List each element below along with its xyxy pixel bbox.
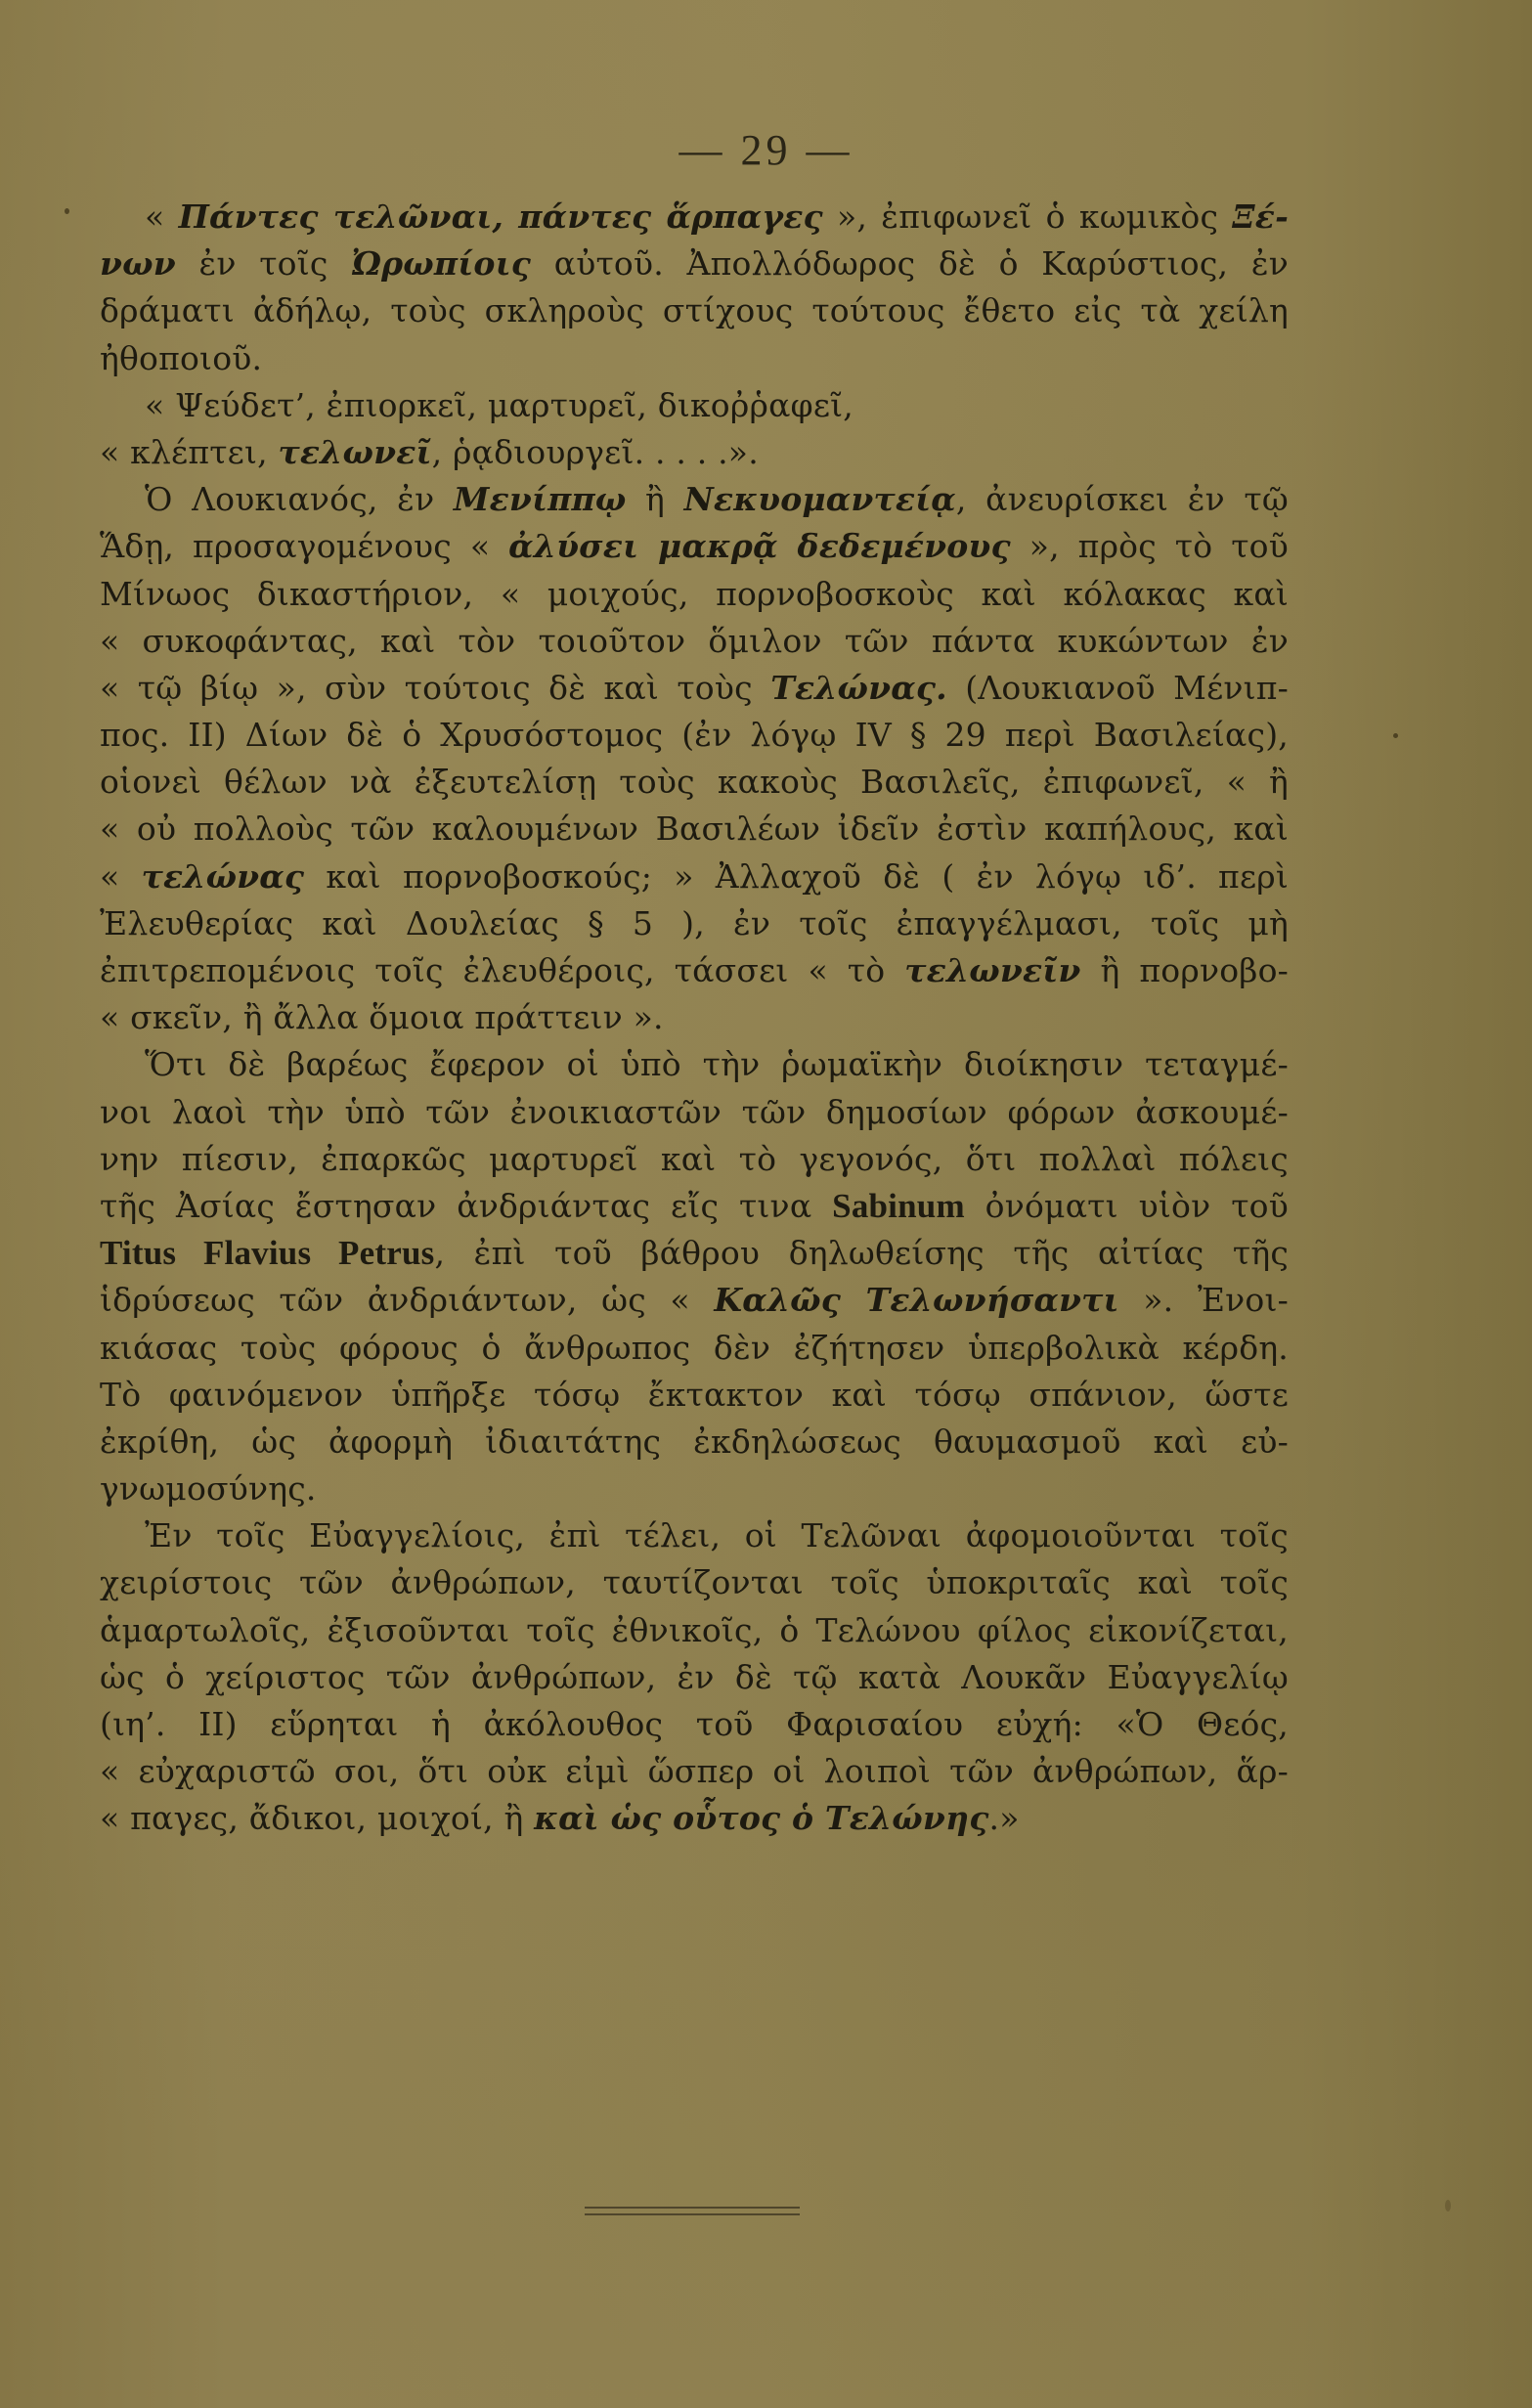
emphasized-text: τελωνεῖν	[904, 951, 1080, 989]
paper-blemish	[1393, 733, 1398, 738]
text-segment: , ῥᾳδιουργεῖ. . . . .».	[432, 433, 759, 471]
text-segment: Τὸ φαινόμενον ὑπῆρξε τόσῳ ἔκτακτον καὶ τ…	[100, 1376, 1289, 1414]
text-line: Ἐν τοῖς Εὐαγγελίοις, ἐπὶ τέλει, οἱ Τελῶν…	[100, 1512, 1289, 1559]
emphasized-text: Ὠρωπίοις	[351, 244, 531, 283]
text-line: δράματι ἀδήλῳ, τοὺς σκληροὺς στίχους τού…	[100, 287, 1289, 334]
emphasized-text: τελώνας	[142, 857, 305, 896]
text-segment: », ἐπιφωνεῖ ὁ κωμικὸς	[823, 197, 1233, 236]
text-segment: , ἐπὶ τοῦ βάθρου δηλωθείσης τῆς αἰτίας τ…	[434, 1234, 1289, 1272]
latin-name: Sabinum	[832, 1187, 965, 1225]
text-line: « τελώνας καὶ πορνοβοσκούς; » Ἀλλαχοῦ δὲ…	[100, 854, 1289, 900]
text-line: « τῷ βίῳ », σὺν τούτοις δὲ καὶ τοὺς Τελώ…	[100, 665, 1289, 712]
page-number: — 29 —	[0, 125, 1532, 175]
text-segment: ὀνόματι υἱὸν τοῦ	[965, 1187, 1289, 1225]
text-segment: νοι λαοὶ τὴν ὑπὸ τῶν ἐνοικιαστῶν τῶν δημ…	[100, 1093, 1289, 1131]
emphasized-text: Πάντες τελῶναι, πάντες ἅρπαγες	[179, 197, 823, 236]
emphasized-text: Νεκυομαντείᾳ	[684, 480, 956, 518]
text-line: Ὅτι δὲ βαρέως ἔφερον οἱ ὑπὸ τὴν ῥωμαϊκὴν…	[100, 1041, 1289, 1088]
scanned-book-page: — 29 — « Πάντες τελῶναι, πάντες ἅρπαγες …	[0, 0, 1532, 2408]
text-segment: (Λουκιανοῦ Μένιπ-	[947, 669, 1289, 707]
emphasized-text: Μενίππῳ	[454, 480, 627, 518]
text-line: τῆς Ἀσίας ἔστησαν ἀνδριάντας εἴς τινα Sa…	[100, 1183, 1289, 1230]
text-line: Ἅδῃ, προσαγομένους « ἀλύσει μακρᾷ δεδεμέ…	[100, 523, 1289, 570]
text-segment: ἢ	[626, 480, 683, 518]
text-segment: ἁμαρτωλοῖς, ἐξισοῦνται τοῖς ἐθνικοῖς, ὁ …	[100, 1611, 1289, 1649]
text-segment: Ἐλευθερίας καὶ Δουλείας § 5 ), ἐν τοῖς ἐ…	[100, 904, 1289, 942]
text-line: « σκεῖν, ἢ ἄλλα ὅμοια πράττειν ».	[100, 994, 1289, 1041]
text-segment: χειρίστοις τῶν ἀνθρώπων, ταυτίζονται τοῖ…	[100, 1563, 1289, 1601]
emphasized-text: καὶ ὡς οὗτος ὁ Τελώνης	[534, 1799, 988, 1837]
text-line: ἐπιτρεπομένοις τοῖς ἐλευθέροις, τάσσει «…	[100, 947, 1289, 994]
emphasized-text: νων	[100, 244, 176, 283]
text-line: νων ἐν τοῖς Ὠρωπίοις αὐτοῦ. Ἀπολλόδωρος …	[100, 241, 1289, 287]
text-segment: καὶ πορνοβοσκούς; » Ἀλλαχοῦ δὲ ( ἐν λόγῳ…	[304, 857, 1289, 896]
text-segment: ἱδρύσεως τῶν ἀνδριάντων, ὡς «	[100, 1281, 714, 1319]
text-segment: Ὁ Λουκιανός, ἐν	[145, 480, 454, 518]
text-segment: κιάσας τοὺς φόρους ὁ ἄνθρωπος δὲν ἐζήτησ…	[100, 1329, 1289, 1367]
text-segment: Ἅδῃ, προσαγομένους «	[100, 527, 508, 565]
emphasized-text: Καλῶς Τελωνήσαντι	[714, 1281, 1118, 1319]
text-line: χειρίστοις τῶν ἀνθρώπων, ταυτίζονται τοῖ…	[100, 1559, 1289, 1606]
text-line: Μίνωος δικαστήριον, « μοιχούς, πορνοβοσκ…	[100, 571, 1289, 618]
text-segment: « τῷ βίῳ », σὺν τούτοις δὲ καὶ τοὺς	[100, 669, 770, 707]
text-segment: «	[145, 197, 179, 236]
text-line: ἠθοποιοῦ.	[100, 335, 1289, 382]
emphasized-text: ἀλύσει μακρᾷ δεδεμένους	[508, 527, 1011, 565]
text-segment: « οὐ πολλοὺς τῶν καλουμένων Βασιλέων ἰδε…	[100, 810, 1289, 848]
body-text: « Πάντες τελῶναι, πάντες ἅρπαγες », ἐπιφ…	[100, 194, 1289, 1843]
text-line: ὡς ὁ χείριστος τῶν ἀνθρώπων, ἐν δὲ τῷ κα…	[100, 1654, 1289, 1701]
text-segment: « κλέπτει,	[100, 433, 278, 471]
emphasized-text: Τελώνας.	[770, 669, 947, 707]
text-segment: αὐτοῦ. Ἀπολλόδωρος δὲ ὁ Καρύστιος, ἐν	[531, 244, 1289, 283]
text-segment: «	[100, 857, 142, 896]
text-segment: Ὅτι δὲ βαρέως ἔφερον οἱ ὑπὸ τὴν ῥωμαϊκὴν…	[145, 1045, 1289, 1083]
text-segment: δράματι ἀδήλῳ, τοὺς σκληροὺς στίχους τού…	[100, 291, 1289, 329]
text-segment: ἐν τοῖς	[176, 244, 351, 283]
text-segment: Ἐν τοῖς Εὐαγγελίοις, ἐπὶ τέλει, οἱ Τελῶν…	[145, 1516, 1289, 1554]
text-segment: ὡς ὁ χείριστος τῶν ἀνθρώπων, ἐν δὲ τῷ κα…	[100, 1658, 1289, 1696]
text-segment: ἐκρίθη, ὡς ἀφορμὴ ἰδιαιτάτης ἐκδηλώσεως …	[100, 1423, 1289, 1461]
text-line: « συκοφάντας, καὶ τὸν τοιοῦτον ὅμιλον τῶ…	[100, 618, 1289, 665]
text-segment: νην πίεσιν, ἐπαρκῶς μαρτυρεῖ καὶ τὸ γεγο…	[100, 1140, 1289, 1178]
text-segment: », πρὸς τὸ τοῦ	[1011, 527, 1289, 565]
text-segment: « εὐχαριστῶ σοι, ὅτι οὐκ εἰμὶ ὥσπερ οἱ λ…	[100, 1752, 1289, 1790]
text-segment: τῆς Ἀσίας ἔστησαν ἀνδριάντας εἴς τινα	[100, 1187, 832, 1225]
text-line: νοι λαοὶ τὴν ὑπὸ τῶν ἐνοικιαστῶν τῶν δημ…	[100, 1089, 1289, 1136]
text-line: κιάσας τοὺς φόρους ὁ ἄνθρωπος δὲν ἐζήτησ…	[100, 1325, 1289, 1372]
text-line: « εὐχαριστῶ σοι, ὅτι οὐκ εἰμὶ ὥσπερ οἱ λ…	[100, 1748, 1289, 1795]
text-segment: « σκεῖν, ἢ ἄλλα ὅμοια πράττειν ».	[100, 998, 664, 1036]
text-segment: .»	[989, 1799, 1020, 1837]
text-line: ἁμαρτωλοῖς, ἐξισοῦνται τοῖς ἐθνικοῖς, ὁ …	[100, 1607, 1289, 1654]
text-line: (ιη’. II) εὕρηται ἡ ἀκόλουθος τοῦ Φαρισα…	[100, 1701, 1289, 1748]
latin-name: Titus Flavius Petrus	[100, 1234, 434, 1272]
text-segment: ἐπιτρεπομένοις τοῖς ἐλευθέροις, τάσσει «…	[100, 951, 904, 989]
text-segment: « συκοφάντας, καὶ τὸν τοιοῦτον ὅμιλον τῶ…	[100, 622, 1289, 660]
text-line: « παγες, ἄδικοι, μοιχοί, ἢ καὶ ὡς οὗτος …	[100, 1795, 1289, 1842]
text-segment: ». Ἐνοι-	[1119, 1281, 1289, 1319]
text-line: πος. II) Δίων δὲ ὁ Χρυσόστομος (ἐν λόγῳ …	[100, 712, 1289, 759]
text-line: Τὸ φαινόμενον ὑπῆρξε τόσῳ ἔκτακτον καὶ τ…	[100, 1372, 1289, 1419]
text-segment: ἢ πορνοβο-	[1081, 951, 1289, 989]
text-line: οἱονεὶ θέλων νὰ ἐξευτελίσῃ τοὺς κακοὺς Β…	[100, 759, 1289, 806]
text-segment: ἠθοποιοῦ.	[100, 339, 262, 377]
text-segment: , ἀνευρίσκει ἐν τῷ	[956, 480, 1289, 518]
text-line: ἱδρύσεως τῶν ἀνδριάντων, ὡς « Καλῶς Τελω…	[100, 1277, 1289, 1324]
text-line: « κλέπτει, τελωνεῖ, ῥᾳδιουργεῖ. . . . .»…	[100, 429, 1289, 476]
text-segment: Μίνωος δικαστήριον, « μοιχούς, πορνοβοσκ…	[100, 575, 1289, 613]
emphasized-text: Ξέ-	[1232, 197, 1289, 236]
text-line: Ὁ Λουκιανός, ἐν Μενίππῳ ἢ Νεκυομαντείᾳ, …	[100, 476, 1289, 523]
text-segment: οἱονεὶ θέλων νὰ ἐξευτελίσῃ τοὺς κακοὺς Β…	[100, 763, 1289, 801]
text-segment: πος. II) Δίων δὲ ὁ Χρυσόστομος (ἐν λόγῳ …	[100, 716, 1289, 754]
paper-blemish	[65, 208, 69, 214]
paper-blemish	[1445, 2200, 1451, 2211]
text-segment: « παγες, ἄδικοι, μοιχοί, ἢ	[100, 1799, 534, 1837]
emphasized-text: τελωνεῖ	[278, 433, 431, 471]
text-line: γνωμοσύνης.	[100, 1466, 1289, 1512]
text-line: « Πάντες τελῶναι, πάντες ἅρπαγες », ἐπιφ…	[100, 194, 1289, 241]
text-line: Ἐλευθερίας καὶ Δουλείας § 5 ), ἐν τοῖς ἐ…	[100, 900, 1289, 947]
text-segment: γνωμοσύνης.	[100, 1469, 317, 1508]
text-segment: « Ψεύδετ’, ἐπιορκεῖ, μαρτυρεῖ, δικοῤῥαφε…	[145, 386, 854, 424]
text-line: « οὐ πολλοὺς τῶν καλουμένων Βασιλέων ἰδε…	[100, 806, 1289, 853]
text-segment: (ιη’. II) εὕρηται ἡ ἀκόλουθος τοῦ Φαρισα…	[100, 1705, 1289, 1743]
text-line: Titus Flavius Petrus, ἐπὶ τοῦ βάθρου δηλ…	[100, 1230, 1289, 1277]
end-of-section-rule	[585, 2207, 800, 2215]
text-line: ἐκρίθη, ὡς ἀφορμὴ ἰδιαιτάτης ἐκδηλώσεως …	[100, 1419, 1289, 1466]
text-line: « Ψεύδετ’, ἐπιορκεῖ, μαρτυρεῖ, δικοῤῥαφε…	[100, 382, 1289, 429]
text-line: νην πίεσιν, ἐπαρκῶς μαρτυρεῖ καὶ τὸ γεγο…	[100, 1136, 1289, 1183]
